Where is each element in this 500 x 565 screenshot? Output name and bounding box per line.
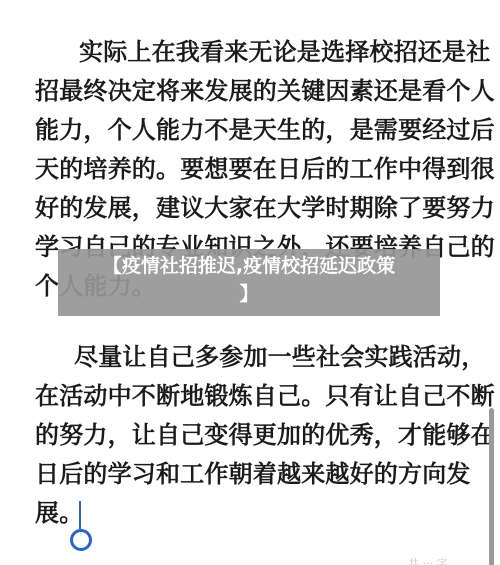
text-line: 日后的学习和工作朝着越来越好的方向发: [35, 455, 455, 494]
text-cursor-handle[interactable]: [69, 501, 91, 551]
overlay-title-line-1: 【疫情社招推迟,疫情校招延迟政策: [58, 252, 440, 280]
vertical-scrollbar[interactable]: [489, 408, 494, 565]
word-count-footer: 共 ··· 字: [408, 557, 447, 565]
text-line: 实际上在我看来无论是选择校招还是社: [35, 33, 455, 72]
title-overlay-banner: 【疫情社招推迟,疫情校招延迟政策 】: [58, 249, 440, 316]
text-line: 天的培养的。要想要在日后的工作中得到很: [35, 150, 455, 189]
text-line: 尽量让自己多参加一些社会实践活动，: [35, 338, 455, 377]
cursor-stem-icon: [79, 501, 81, 529]
text-line: 在活动中不断地锻炼自己。只有让自己不断: [35, 377, 455, 416]
text-line: 好的发展，建议大家在大学时期除了要努力: [35, 189, 455, 228]
text-line: 展。: [35, 494, 455, 533]
text-line: 能力，个人能力不是天生的，是需要经过后: [35, 111, 455, 150]
text-line: 的努力，让自己变得更加的优秀，才能够在: [35, 416, 455, 455]
text-line: 招最终决定将来发展的关键因素还是看个人: [35, 72, 455, 111]
cursor-knob-icon[interactable]: [70, 529, 92, 551]
overlay-title-line-2: 】: [58, 280, 440, 308]
paragraph-2[interactable]: 尽量让自己多参加一些社会实践活动， 在活动中不断地锻炼自己。只有让自己不断 的努…: [35, 338, 455, 533]
